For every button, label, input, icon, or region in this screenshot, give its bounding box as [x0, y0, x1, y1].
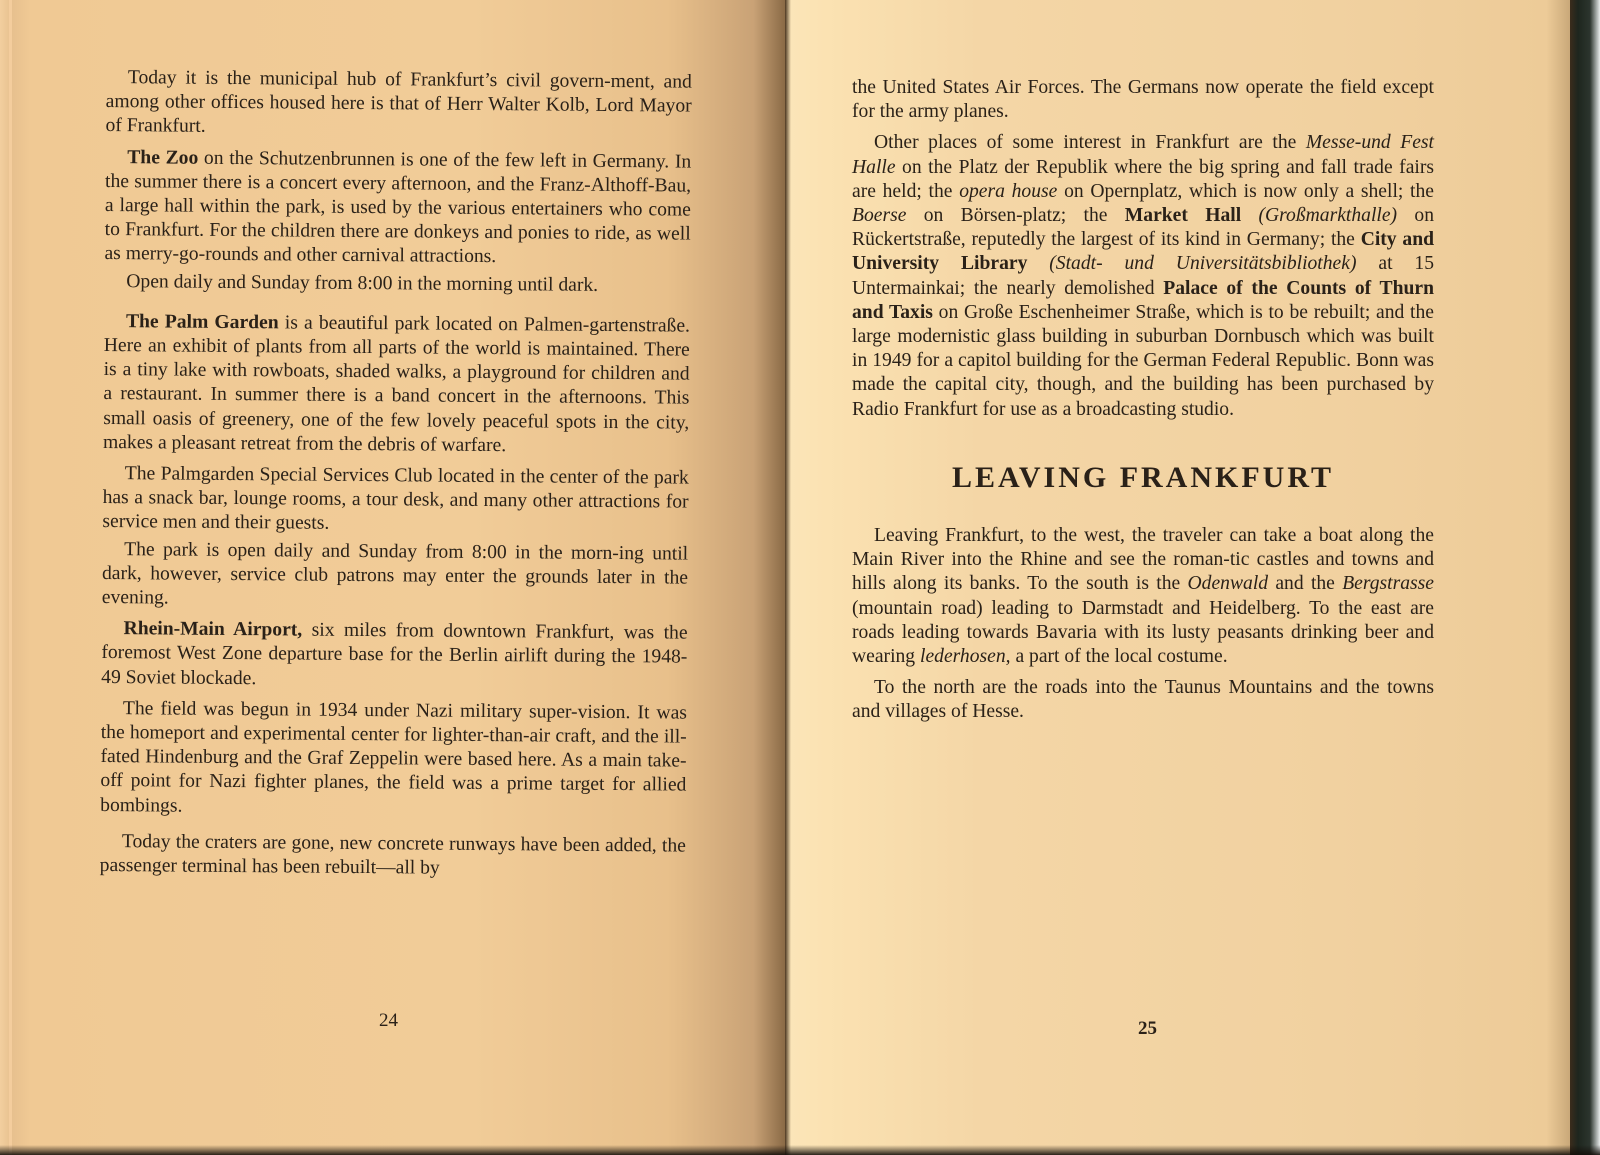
section-heading: LEAVING FRANKFURT [852, 466, 1434, 490]
place-name-airport: Rhein-Main Airport, [123, 618, 302, 640]
place-name-zoo: The Zoo [127, 147, 198, 169]
paragraph-airport: Rhein-Main Airport, six miles from downt… [101, 617, 688, 694]
paragraph-leaving-north: To the north are the roads into the Taun… [852, 676, 1434, 724]
text-segment: The park is open daily and Sunday from 8… [102, 539, 689, 609]
text-segment: The field was begun in 1934 under Nazi m… [100, 698, 687, 816]
text-segment: Today the craters are gone, new concrete… [100, 831, 686, 879]
right-page-body: the United States Air Forces. The German… [852, 76, 1434, 732]
text-segment: Open daily and Sunday from 8:00 in the m… [126, 271, 598, 296]
left-page-body: Today it is the municipal hub of Frankfu… [100, 66, 692, 890]
place-name-market-hall: Market Hall [1125, 205, 1241, 226]
paragraph-other-places: Other places of some interest in Frankfu… [852, 131, 1434, 421]
place-name-opera-house: opera house [959, 181, 1057, 202]
term-lederhosen: lederhosen, [920, 646, 1011, 667]
text-segment: The Palmgarden Special Services Club loc… [102, 463, 689, 534]
text-segment: is a beautiful park located on Palmen-ga… [103, 312, 690, 456]
paragraph-zoo-hours: Open daily and Sunday from 8:00 in the m… [104, 270, 690, 299]
left-page: Today it is the municipal hub of Frankfu… [0, 0, 785, 1155]
paragraph-leaving-west-south-east: Leaving Frankfurt, to the west, the trav… [852, 524, 1434, 669]
book-edge [1570, 0, 1600, 1155]
paragraph-city-hall: Today it is the municipal hub of Frankfu… [105, 66, 692, 143]
text-segment: Today it is the municipal hub of Frankfu… [105, 67, 692, 137]
place-name-odenwald: Odenwald [1188, 573, 1269, 594]
book-spread: Today it is the municipal hub of Frankfu… [0, 0, 1600, 1155]
page-number-right: 25 [1138, 1018, 1157, 1040]
text-segment: Other places of some interest in Frankfu… [874, 132, 1306, 153]
text-segment: on Große Eschenheimer Straße, which is t… [852, 302, 1434, 420]
text-segment [1027, 253, 1049, 274]
text-segment: on Opernplatz, which is now only a shell… [1057, 181, 1434, 202]
paragraph-palm-garden: The Palm Garden is a beautiful park loca… [103, 310, 690, 460]
text-segment: on Börsen-platz; the [906, 205, 1124, 226]
place-name-grossmarkthalle: (Großmarkthalle) [1258, 205, 1397, 226]
paragraph-zoo: The Zoo on the Schutzenbrunnen is one of… [104, 146, 691, 272]
page-number-left: 24 [379, 1010, 398, 1032]
place-name-library-german: (Stadt- und Universitätsbibliothek) [1049, 253, 1356, 274]
bottom-shadow [0, 1145, 1600, 1155]
place-name-bergstrasse: Bergstrasse [1342, 573, 1434, 594]
paragraph-services-club: The Palmgarden Special Services Club loc… [102, 462, 689, 539]
paragraph-airfield-history: The field was begun in 1934 under Nazi m… [100, 697, 687, 823]
paragraph-park-hours: The park is open daily and Sunday from 8… [102, 538, 689, 615]
place-name-palm-garden: The Palm Garden [126, 311, 279, 333]
text-segment: and the [1268, 573, 1342, 594]
place-name-boerse: Boerse [852, 205, 906, 226]
text-segment: To the north are the roads into the Taun… [852, 677, 1434, 722]
text-segment [1241, 205, 1258, 226]
paragraph-airfield-today: Today the craters are gone, new concrete… [100, 830, 686, 883]
paragraph-air-forces: the United States Air Forces. The German… [852, 76, 1434, 124]
text-segment: a part of the local costume. [1011, 646, 1228, 667]
text-segment: the United States Air Forces. The German… [852, 77, 1434, 122]
